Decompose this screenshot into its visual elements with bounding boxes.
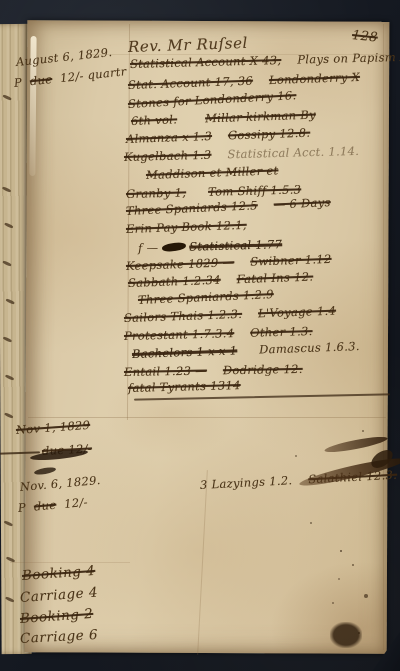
ledger-photo: 128 Rev. Mr Ruſsel August 6, 1829. P due… [0, 0, 400, 671]
page-number: 128 [351, 28, 378, 46]
entry-text-struck: Dodridge 12. [223, 362, 303, 377]
entry-text-struck: Swibner 1.12 [250, 252, 332, 269]
ink-speckles [340, 550, 342, 552]
entry-text: Plays on Papism X X [297, 49, 400, 66]
entry-text-struck: Kugelbach 1.3 [124, 148, 212, 164]
entry-text-struck: — 6 Days [273, 195, 331, 211]
entry-text-struck: Other 1.3. [250, 324, 313, 340]
entry-text-struck: L'Voyage 1.4 [258, 304, 336, 321]
entry-text-struck: Bachelors 1 x x 1 [132, 343, 238, 361]
ink-blot [330, 622, 362, 648]
margin-note-struck: due [29, 72, 53, 88]
ink-blot [162, 242, 187, 253]
entry-text-struck: Keepsake 1829 — [126, 255, 235, 273]
edge-ink-mark [4, 412, 13, 418]
margin-note-struck: due [33, 498, 57, 514]
entry-text-struck: fatal Tyrants 1314 [128, 378, 241, 395]
ledger-entry: fatal Tyrants 1314 [128, 379, 241, 396]
entry-text-struck: Almanza x 1.3 [126, 129, 212, 146]
edge-ink-mark [4, 520, 13, 526]
margin-note-text: P [17, 500, 26, 515]
edge-ink-mark [5, 596, 14, 602]
page-crease [10, 562, 130, 563]
entry-text: f — [138, 240, 159, 255]
edge-ink-mark [3, 336, 12, 342]
edge-ink-mark [3, 94, 12, 100]
entry-text-struck: Protestant 1.7.3.4 [124, 326, 235, 343]
entry-text-struck: Fatal Ins 12. [236, 270, 313, 287]
entry-text-struck: Sabbath 1.2.34 [128, 273, 221, 290]
entry-text-struck: Granby 1, [126, 185, 186, 201]
entry-text-struck: Sailors Thais 1.2.3. [124, 307, 243, 325]
page-edge-rule [383, 24, 384, 650]
entry-text-struck: Statistical 1.77 [189, 237, 282, 253]
edge-ink-mark [2, 260, 11, 266]
entry-text-struck: Entail 1.23 — [124, 364, 207, 379]
edge-ink-mark [6, 298, 15, 304]
entry-text: Damascus 1.6.3. [259, 339, 360, 357]
entry-text: Statistical Acct. 1.14. [227, 144, 359, 161]
edge-ink-mark [2, 186, 11, 192]
edge-ink-mark [4, 222, 13, 228]
entry-text-struck: Millar kirkman By [205, 108, 316, 126]
margin-note-text: 12/- [64, 495, 89, 511]
edge-ink-mark [5, 374, 14, 380]
page-number-text: 128 [351, 28, 378, 46]
entry-text-struck: 6th vol. [131, 112, 178, 128]
entry-text-struck: Gossipy 12.8. [228, 126, 311, 143]
margin-note-text: P [13, 75, 22, 90]
entry-text-struck: Statistical Account X 43, [130, 53, 282, 71]
entry-text-struck: Londonderry X [269, 70, 360, 87]
